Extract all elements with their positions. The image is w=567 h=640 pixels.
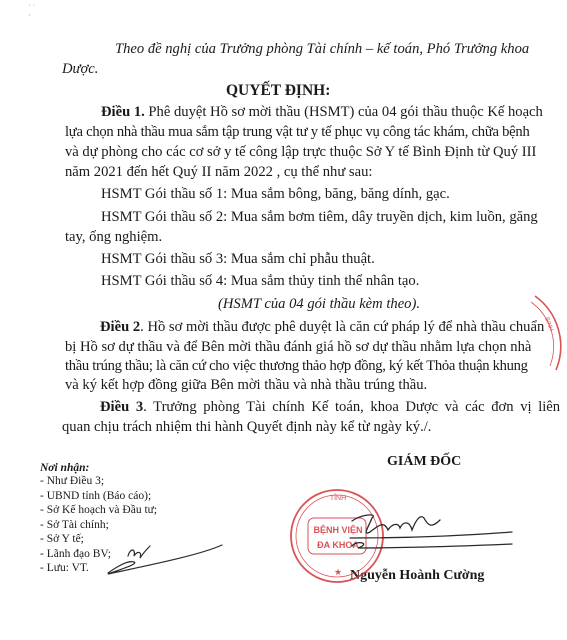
- article1-label: Điều 1.: [101, 104, 145, 120]
- decision-heading: QUYẾT ĐỊNH:: [226, 82, 330, 100]
- article1-line-4: năm 2021 đến hết Quý II năm 2022 , cụ th…: [65, 163, 372, 181]
- preamble-line-2: Dược.: [62, 60, 98, 78]
- article3-line-2: quan chịu trách nhiệm thi hành Quyết địn…: [62, 418, 431, 436]
- recipient-item: - Như Điều 3;: [40, 474, 157, 489]
- article3-text-1: . Trưởng phòng Tài chính Kế toán, khoa D…: [143, 399, 560, 415]
- scan-specks: ˙ ˙·: [28, 4, 35, 20]
- recipient-item: - Sở Kế hoạch và Đầu tư;: [40, 503, 157, 518]
- recipient-item: - Sở Tài chính;: [40, 518, 157, 533]
- svg-text:ĐA KHOA: ĐA KHOA: [317, 540, 359, 550]
- article2-line-2: bị Hồ sơ dự thầu và để Bên mời thầu đánh…: [65, 338, 531, 356]
- article2-line-1: Điều 2. Hồ sơ mời thầu được phê duyệt là…: [100, 318, 544, 336]
- package-2-cont: tay, ống nghiệm.: [65, 228, 162, 246]
- recipient-item: - Lãnh đạo BV;: [40, 547, 157, 562]
- article1-line-2: lựa chọn nhà thầu mua sắm tập trung vật …: [65, 123, 530, 141]
- recipients-block: Nơi nhận: - Như Điều 3; - UBND tỉnh (Báo…: [40, 462, 157, 576]
- article3-line-1: Điều 3. Trưởng phòng Tài chính Kế toán, …: [100, 398, 560, 416]
- svg-text:BINH: BINH: [543, 317, 554, 333]
- package-2: HSMT Gói thầu số 2: Mua sắm bơm tiêm, dâ…: [101, 208, 538, 226]
- package-4: HSMT Gói thầu số 4: Mua sắm thủy tinh th…: [101, 272, 419, 290]
- package-3: HSMT Gói thầu số 3: Mua sắm chỉ phẫu thu…: [101, 250, 375, 268]
- svg-text:TỈNH: TỈNH: [330, 493, 346, 502]
- article2-line-4: và ký kết hợp đồng giữa Bên mời thầu và …: [65, 376, 427, 394]
- article1-line-3: và dự phòng cho các cơ sở y tế công lập …: [65, 143, 536, 161]
- recipients-heading: Nơi nhận:: [40, 462, 157, 474]
- package-1: HSMT Gói thầu số 1: Mua sắm bông, băng, …: [101, 185, 450, 203]
- recipient-item: - UBND tỉnh (Báo cáo);: [40, 489, 157, 504]
- article2-line-3: thầu trúng thầu; là căn cứ cho việc thươ…: [65, 357, 528, 375]
- attachment-note: (HSMT của 04 gói thầu kèm theo).: [218, 295, 420, 313]
- director-signature-icon: [350, 515, 512, 548]
- document-page: ˙ ˙· Theo đề nghị của Trưởng phòng Tài c…: [0, 0, 567, 640]
- article2-text-1: . Hồ sơ mời thầu được phê duyệt là căn c…: [140, 319, 544, 335]
- svg-text:★: ★: [334, 567, 342, 577]
- signature-title: GIÁM ĐỐC: [387, 454, 461, 470]
- svg-text:BỆNH VIỆN: BỆNH VIỆN: [313, 524, 362, 535]
- article3-label: Điều 3: [100, 399, 143, 415]
- signer-name: Nguyễn Hoành Cường: [350, 568, 484, 584]
- article1-line-1: Điều 1. Phê duyệt Hồ sơ mời thầu (HSMT) …: [101, 103, 543, 121]
- recipient-item: - Sở Y tế;: [40, 532, 157, 547]
- recipient-item: - Lưu: VT.: [40, 561, 157, 576]
- preamble-line-1: Theo đề nghị của Trưởng phòng Tài chính …: [115, 40, 529, 58]
- article2-label: Điều 2: [100, 319, 140, 335]
- article1-text-1: Phê duyệt Hồ sơ mời thầu (HSMT) của 04 g…: [145, 104, 543, 120]
